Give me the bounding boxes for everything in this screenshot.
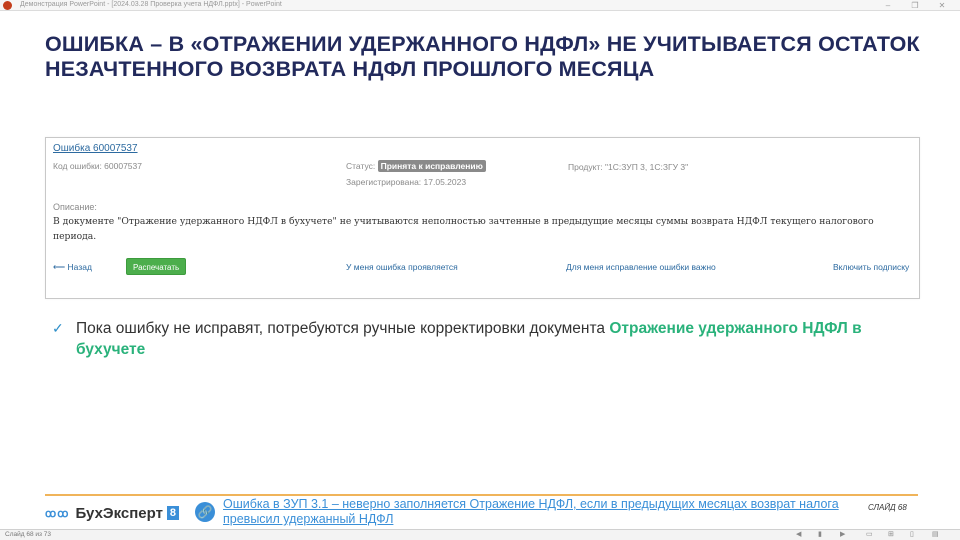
powerpoint-icon [3,1,12,10]
brand-number: 8 [167,506,179,520]
restore-button[interactable]: ❐ [905,0,925,11]
brand-name: БухЭксперт [75,505,163,522]
bullet-text: Пока ошибку не исправят, потребуются руч… [76,320,609,337]
description-label: Описание: [53,202,97,212]
close-button[interactable]: ✕ [932,0,952,11]
fix-important-link[interactable]: Для меня исправление ошибки важно [566,262,716,272]
window-title: Демонстрация PowerPoint - [2024.03.28 Пр… [20,1,282,8]
link-icon: 🔗 [195,502,215,522]
print-button[interactable]: Распечатать [126,258,186,275]
slide-menu-icon[interactable]: ▮ [818,530,822,540]
error-title-link[interactable]: Ошибка 60007537 [53,143,138,154]
minimize-button[interactable]: – [878,0,898,11]
status-badge: Принята к исправлению [378,160,486,172]
slide-heading: ОШИБКА – В «ОТРАЖЕНИИ УДЕРЖАННОГО НДФЛ» … [45,32,925,82]
registered-date: Зарегистрирована: 17.05.2023 [346,177,466,187]
bullet-item: ✓ Пока ошибку не исправят, потребуются р… [52,318,912,360]
error-code: Код ошибки: 60007537 [53,161,142,171]
window-titlebar: Демонстрация PowerPoint - [2024.03.28 Пр… [0,0,960,11]
slide-sorter-icon[interactable]: ⊞ [888,530,894,540]
status-bar: Слайд 68 из 73 ◀ ▮ ▶ ▭ ⊞ ▯ ▤ [0,529,960,540]
status-field: Статус: Принята к исправлению [346,160,486,172]
footer-divider [45,494,918,496]
error-card: Ошибка 60007537 Код ошибки: 60007537 Ста… [45,137,920,299]
slide-number: СЛАЙД 68 [868,503,907,512]
slide-counter: Слайд 68 из 73 [5,531,51,538]
reading-view-icon[interactable]: ▯ [910,530,914,540]
slideshow-icon[interactable]: ▤ [932,530,939,540]
owl-logo-icon: ꝏ ꝏ [45,507,67,520]
back-link[interactable]: ⟵ Назад [53,262,92,273]
checkmark-icon: ✓ [52,318,64,339]
product-field: Продукт: "1С:ЗУП 3, 1С:ЗГУ 3" [568,162,688,172]
buhexpert-logo: ꝏ ꝏ БухЭксперт 8 [45,502,179,524]
previous-slide-icon[interactable]: ◀ [796,530,801,540]
slide-canvas: ОШИБКА – В «ОТРАЖЕНИИ УДЕРЖАННОГО НДФЛ» … [0,12,960,528]
next-slide-icon[interactable]: ▶ [840,530,845,540]
article-link[interactable]: Ошибка в ЗУП 3.1 – неверно заполняется О… [223,497,863,527]
error-occurs-link[interactable]: У меня ошибка проявляется [346,262,458,272]
subscribe-link[interactable]: Включить подписку [833,262,909,272]
description-text: В документе "Отражение удержанного НДФЛ … [53,214,883,244]
status-label: Статус: [346,161,375,171]
normal-view-icon[interactable]: ▭ [866,530,873,540]
